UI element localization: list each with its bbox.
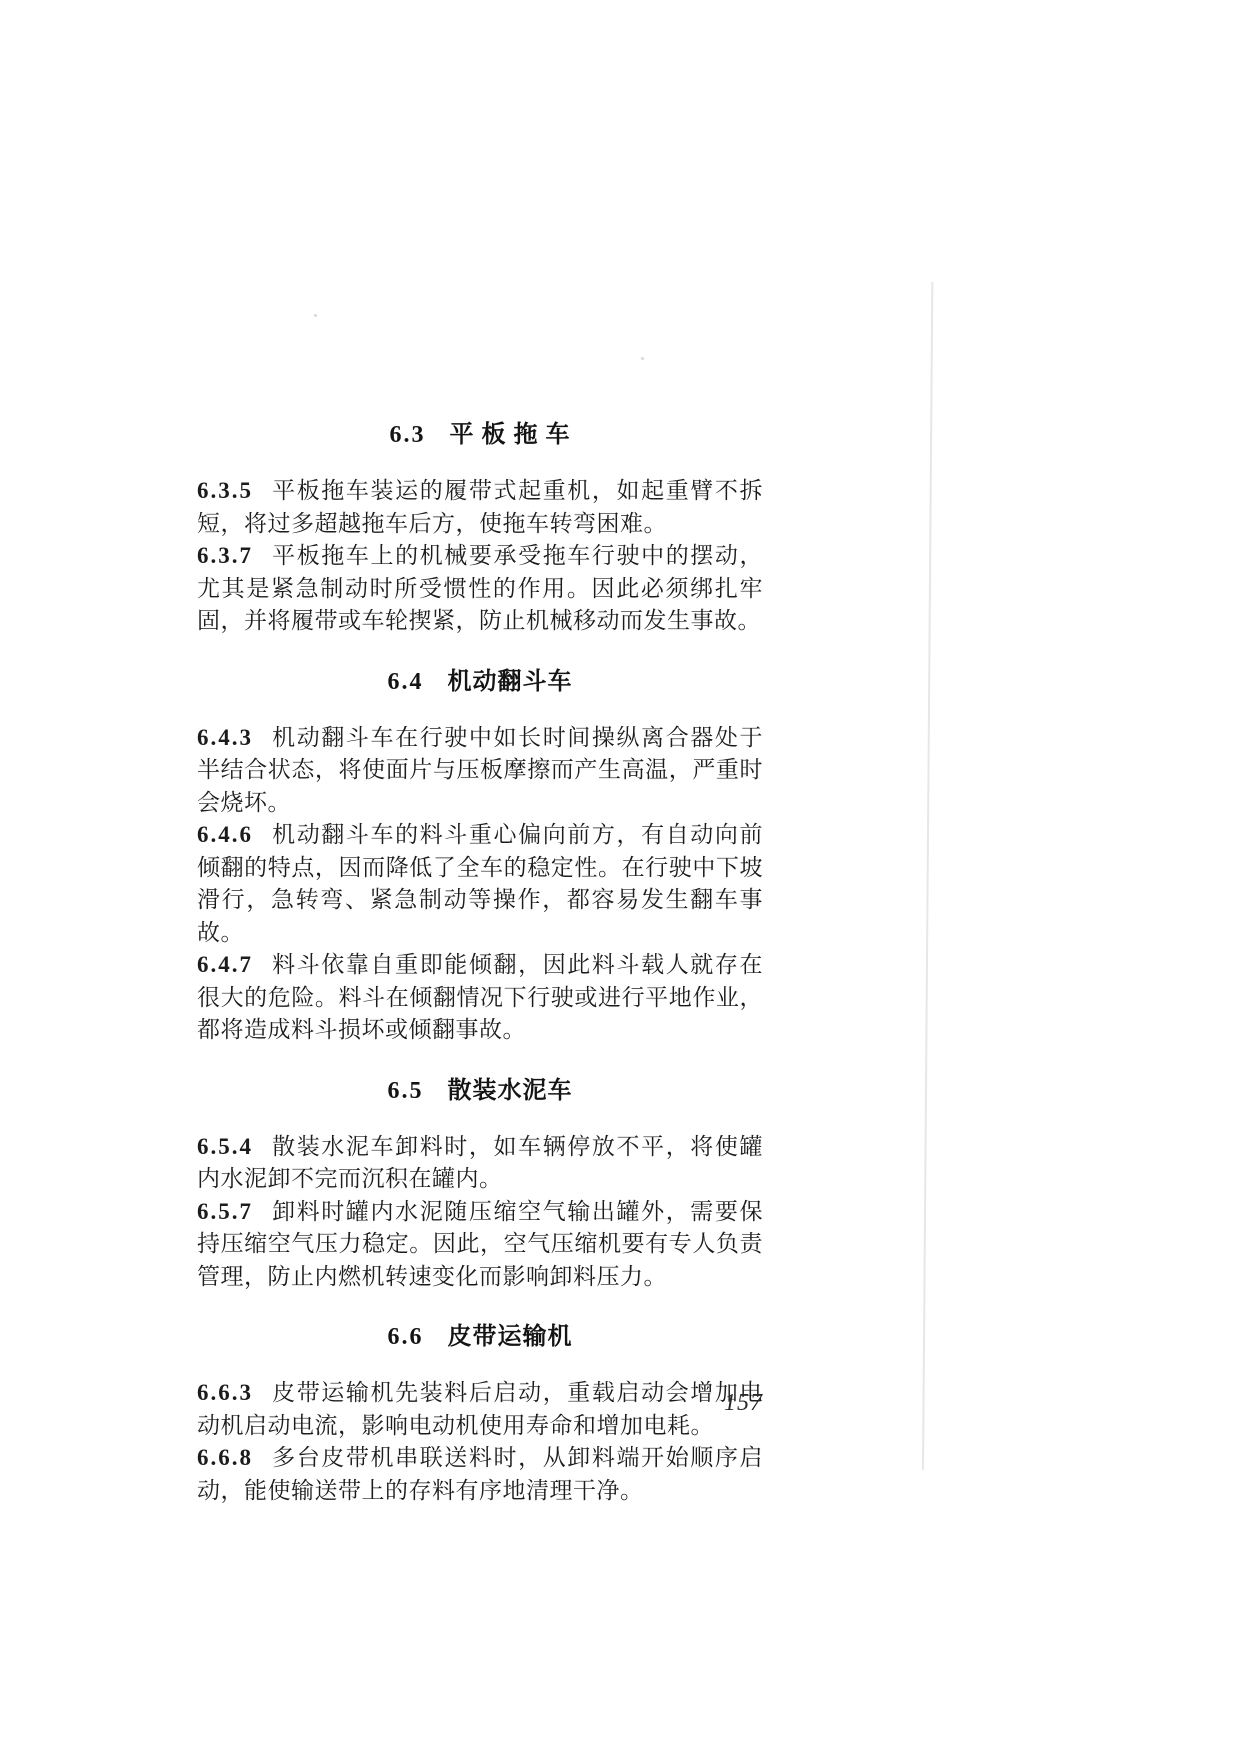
clause-text: 卸料时罐内水泥随压缩空气输出罐外，需要保持压缩空气压力稳定。因此，空气压缩机要有… [197,1199,763,1289]
clause-number: 6.6.8 [197,1445,253,1470]
clause-text: 机动翻斗车在行驶中如长时间操纵离合器处于半结合状态，将使面片与压板摩擦而产生高温… [197,725,763,815]
section-heading: 6.4机动翻斗车 [197,668,763,696]
section-number: 6.4 [388,669,424,695]
clause-paragraph: 6.3.5平板拖车装运的履带式起重机，如起重臂不拆短，将过多超越拖车后方，使拖车… [197,475,763,540]
section-heading: 6.6皮带运输机 [197,1323,763,1351]
section-number: 6.5 [388,1078,424,1104]
clause-paragraph: 6.4.3机动翻斗车在行驶中如长时间操纵离合器处于半结合状态，将使面片与压板摩擦… [197,722,763,820]
clause-paragraph: 6.5.7卸料时罐内水泥随压缩空气输出罐外，需要保持压缩空气压力稳定。因此，空气… [197,1196,763,1294]
clause-number: 6.4.7 [197,952,253,977]
clause-number: 6.5.4 [197,1134,253,1159]
section-number: 6.6 [388,1324,424,1350]
section-title: 平 板 拖 车 [450,422,571,448]
section-heading: 6.3平 板 拖 车 [197,421,763,449]
section-number: 6.3 [390,422,426,448]
clause-text: 平板拖车装运的履带式起重机，如起重臂不拆短，将过多超越拖车后方，使拖车转弯困难。 [197,478,763,536]
clause-number: 6.5.7 [197,1199,253,1224]
clause-paragraph: 6.4.6机动翻斗车的料斗重心偏向前方，有自动向前倾翻的特点，因而降低了全车的稳… [197,819,763,949]
clause-text: 平板拖车上的机械要承受拖车行驶中的摆动，尤其是紧急制动时所受惯性的作用。因此必须… [197,543,763,633]
clause-text: 多台皮带机串联送料时，从卸料端开始顺序启动，能使输送带上的存料有序地清理干净。 [197,1445,763,1503]
clause-number: 6.3.7 [197,543,253,568]
clause-text: 料斗依靠自重即能倾翻，因此料斗载人就存在很大的危险。料斗在倾翻情况下行驶或进行平… [197,952,763,1042]
clause-number: 6.3.5 [197,478,253,503]
clause-paragraph: 6.6.8多台皮带机串联送料时，从卸料端开始顺序启动，能使输送带上的存料有序地清… [197,1442,763,1507]
section-heading: 6.5散装水泥车 [197,1077,763,1105]
section-title: 皮带运输机 [448,1324,573,1350]
scan-speck [314,314,317,317]
section-title: 机动翻斗车 [448,669,573,695]
scan-speck [641,357,644,360]
clause-paragraph: 6.5.4散装水泥车卸料时，如车辆停放不平，将使罐内水泥卸不完而沉积在罐内。 [197,1131,763,1196]
document-page: 6.3平 板 拖 车6.3.5平板拖车装运的履带式起重机，如起重臂不拆短，将过多… [0,0,1240,1754]
page-number: 157 [197,1390,763,1417]
text-block: 6.3平 板 拖 车6.3.5平板拖车装运的履带式起重机，如起重臂不拆短，将过多… [197,421,763,1507]
clause-paragraph: 6.4.7料斗依靠自重即能倾翻，因此料斗载人就存在很大的危险。料斗在倾翻情况下行… [197,949,763,1047]
section-title: 散装水泥车 [448,1078,573,1104]
clause-text: 散装水泥车卸料时，如车辆停放不平，将使罐内水泥卸不完而沉积在罐内。 [197,1134,763,1192]
clause-text: 机动翻斗车的料斗重心偏向前方，有自动向前倾翻的特点，因而降低了全车的稳定性。在行… [197,822,763,945]
scan-page-edge-shadow [922,282,933,1470]
clause-paragraph: 6.3.7平板拖车上的机械要承受拖车行驶中的摆动，尤其是紧急制动时所受惯性的作用… [197,540,763,638]
clause-number: 6.4.3 [197,725,253,750]
clause-number: 6.4.6 [197,822,253,847]
